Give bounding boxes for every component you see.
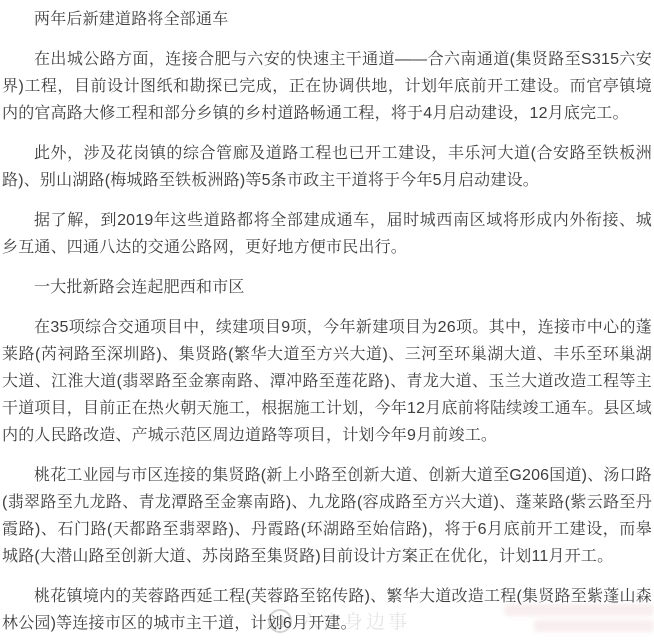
article-page: 两年后新建道路将全部通车 在出城公路方面，连接合肥与六安的快速主干通道——合六南… [0, 0, 654, 642]
section-subtitle: 一大批新路会连起肥西和市区 [2, 274, 652, 301]
article-body: 两年后新建道路将全部通车 在出城公路方面，连接合肥与六安的快速主干通道——合六南… [0, 0, 654, 637]
paragraph-6: 桃花镇境内的芙蓉路西延工程(芙蓉路至铭传路)、繁华大道改造工程(集贤路至紫蓬山森… [2, 583, 652, 637]
paragraph-5: 桃花工业园与市区连接的集贤路(新上小路至创新大道、创新大道至G206国道)、汤口… [2, 462, 652, 570]
paragraph-1: 在出城公路方面，连接合肥与六安的快速主干通道——合六南通道(集贤路至S315六安… [2, 46, 652, 127]
paragraph-4: 在35项综合交通项目中，续建项目9项，今年新建项目为26项。其中，连接市中心的蓬… [2, 314, 652, 449]
page-title: 两年后新建道路将全部通车 [2, 6, 652, 33]
paragraph-2: 此外，涉及花岗镇的综合管廊及道路工程也已开工建设，丰乐河大道(合安路至铁板洲路)… [2, 140, 652, 194]
paragraph-3: 据了解，到2019年这些道路都将全部建成通车，届时城西南区域将形成内外衔接、城乡… [2, 207, 652, 261]
